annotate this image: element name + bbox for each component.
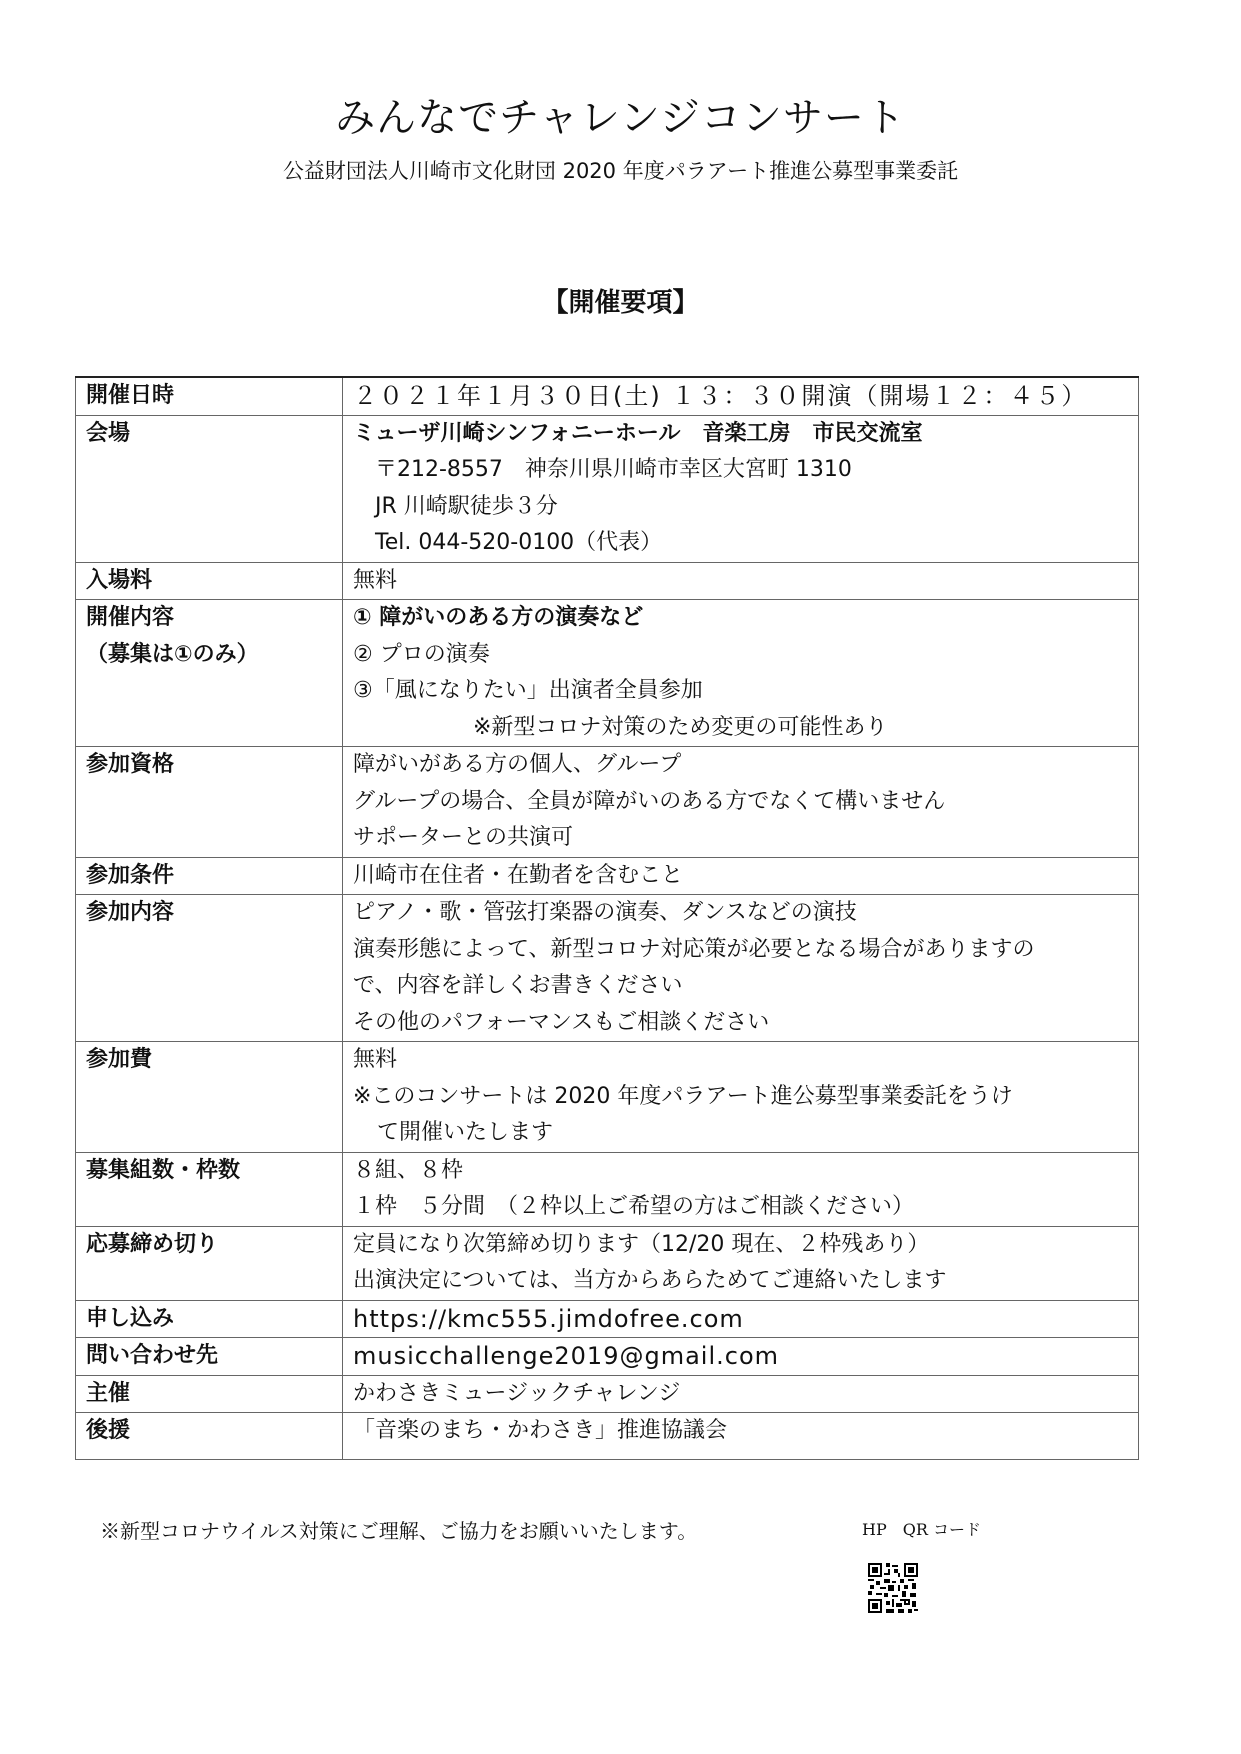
table-row: 入場料 無料 [76, 562, 1139, 600]
table-row: 主催 かわさきミュージックチャレンジ [76, 1375, 1139, 1413]
slots-line: １枠 ５分間 （２枠以上ご希望の方はご相談ください） [353, 1189, 1128, 1226]
row-value: 障がいがある方の個人、グループ グループの場合、全員が障がいのある方でなくて構い… [343, 747, 1139, 858]
qr-label: HP QR コード [862, 1517, 981, 1540]
deadline-line: 出演決定については、当方からあらためてご連絡いたします [353, 1263, 1128, 1300]
content-line: ピアノ・歌・管弦打楽器の演奏、ダンスなどの演技 [353, 895, 1128, 932]
row-label: 募集組数・枠数 [76, 1152, 343, 1226]
row-value: ① 障がいのある方の演奏など ② プロの演奏 ③「風になりたい」出演者全員参加 … [343, 600, 1139, 747]
table-row: 開催内容 （募集は①のみ） ① 障がいのある方の演奏など ② プロの演奏 ③「風… [76, 600, 1139, 747]
row-value: 定員になり次第締め切ります（12/20 現在、２枠残あり） 出演決定については、… [343, 1226, 1139, 1300]
content-line: 演奏形態によって、新型コロナ対応策が必要となる場合がありますの [353, 932, 1128, 969]
row-value: ２０２１年１月３０日(土) １３：３０開演（開場１２：４５） [343, 377, 1139, 415]
row-value: かわさきミュージックチャレンジ [343, 1375, 1139, 1413]
table-row: 後援 「音楽のまち・かわさき」推進協議会 [76, 1413, 1139, 1460]
admission-fee: 無料 [353, 563, 1128, 600]
row-label: 開催日時 [76, 377, 343, 415]
row-label: 入場料 [76, 562, 343, 600]
content-line: で、内容を詳しくお書きください [353, 968, 1128, 1005]
fee-line: ※このコンサートは 2020 年度パラアート進公募型事業委託をうけ [353, 1079, 1128, 1116]
eligibility-line: 障がいがある方の個人、グループ [353, 747, 1128, 784]
deadline-line: 定員になり次第締め切ります（12/20 現在、２枠残あり） [353, 1227, 1128, 1264]
application-url-link[interactable]: https://kmc555.jimdofree.com [353, 1301, 1128, 1338]
row-label: 問い合わせ先 [76, 1338, 343, 1376]
organizer: かわさきミュージックチャレンジ [353, 1376, 1128, 1413]
row-value: ８組、８枠 １枠 ５分間 （２枠以上ご希望の方はご相談ください） [343, 1152, 1139, 1226]
event-details-table: 開催日時 ２０２１年１月３０日(土) １３：３０開演（開場１２：４５） 会場 ミ… [75, 376, 1139, 1460]
row-value: 川崎市在住者・在勤者を含むこと [343, 857, 1139, 895]
page-subtitle: 公益財団法人川崎市文化財団 2020 年度パラアート推進公募型事業委託 [0, 155, 1241, 185]
venue-address: 〒212-8557 神奈川県川崎市幸区大宮町 1310 [353, 452, 1128, 489]
event-datetime: ２０２１年１月３０日(土) １３：３０開演（開場１２：４５） [353, 378, 1128, 415]
table-row: 参加資格 障がいがある方の個人、グループ グループの場合、全員が障がいのある方で… [76, 747, 1139, 858]
row-value: ミューザ川崎シンフォニーホール 音楽工房 市民交流室 〒212-8557 神奈川… [343, 415, 1139, 562]
venue-phone: Tel. 044-520-0100（代表） [353, 525, 1128, 562]
table-row: 会場 ミューザ川崎シンフォニーホール 音楽工房 市民交流室 〒212-8557 … [76, 415, 1139, 562]
fee-line: て開催いたします [353, 1115, 1128, 1152]
row-label-main: 開催内容 [86, 600, 332, 637]
section-title: 【開催要項】 [0, 282, 1241, 319]
row-label-sub: （募集は①のみ） [86, 637, 332, 674]
table-row: 応募締め切り 定員になり次第締め切ります（12/20 現在、２枠残あり） 出演決… [76, 1226, 1139, 1300]
content-line: その他のパフォーマンスもご相談ください [353, 1005, 1128, 1042]
row-value: 「音楽のまち・かわさき」推進協議会 [343, 1413, 1139, 1460]
table-row: 参加内容 ピアノ・歌・管弦打楽器の演奏、ダンスなどの演技 演奏形態によって、新型… [76, 895, 1139, 1042]
row-label: 参加資格 [76, 747, 343, 858]
table-row: 開催日時 ２０２１年１月３０日(土) １３：３０開演（開場１２：４５） [76, 377, 1139, 415]
sponsor: 「音楽のまち・かわさき」推進協議会 [353, 1413, 1128, 1450]
row-label: 後援 [76, 1413, 343, 1460]
row-label: 開催内容 （募集は①のみ） [76, 600, 343, 747]
row-label: 参加費 [76, 1042, 343, 1153]
condition-line: 川崎市在住者・在勤者を含むこと [353, 858, 1128, 895]
program-item-1: ① 障がいのある方の演奏など [353, 600, 1128, 637]
row-value: 無料 [343, 562, 1139, 600]
row-value: 無料 ※このコンサートは 2020 年度パラアート進公募型事業委託をうけ て開催… [343, 1042, 1139, 1153]
eligibility-line: サポーターとの共演可 [353, 820, 1128, 857]
row-label: 参加条件 [76, 857, 343, 895]
footer-note: ※新型コロナウイルス対策にご理解、ご協力をお願いいたします。 [100, 1515, 697, 1544]
program-note: ※新型コロナ対策のため変更の可能性あり [353, 710, 1128, 747]
row-label: 会場 [76, 415, 343, 562]
program-item-2: ② プロの演奏 [353, 637, 1128, 674]
slots-line: ８組、８枠 [353, 1153, 1128, 1190]
fee-line: 無料 [353, 1042, 1128, 1079]
row-label: 主催 [76, 1375, 343, 1413]
row-label: 参加内容 [76, 895, 343, 1042]
table-row: 参加費 無料 ※このコンサートは 2020 年度パラアート進公募型事業委託をうけ… [76, 1042, 1139, 1153]
venue-name: ミューザ川崎シンフォニーホール 音楽工房 市民交流室 [353, 416, 1128, 453]
program-item-3: ③「風になりたい」出演者全員参加 [353, 673, 1128, 710]
row-value: musicchallenge2019@gmail.com [343, 1338, 1139, 1376]
row-value: ピアノ・歌・管弦打楽器の演奏、ダンスなどの演技 演奏形態によって、新型コロナ対応… [343, 895, 1139, 1042]
eligibility-line: グループの場合、全員が障がいのある方でなくて構いません [353, 784, 1128, 821]
table-row: 参加条件 川崎市在住者・在勤者を含むこと [76, 857, 1139, 895]
table-row: 問い合わせ先 musicchallenge2019@gmail.com [76, 1338, 1139, 1376]
row-label: 申し込み [76, 1300, 343, 1338]
qr-code-icon[interactable] [868, 1563, 918, 1613]
contact-email-link[interactable]: musicchallenge2019@gmail.com [353, 1338, 1128, 1375]
table-row: 申し込み https://kmc555.jimdofree.com [76, 1300, 1139, 1338]
page-title: みんなでチャレンジコンサート [0, 86, 1241, 143]
table-row: 募集組数・枠数 ８組、８枠 １枠 ５分間 （２枠以上ご希望の方はご相談ください） [76, 1152, 1139, 1226]
venue-access: JR 川崎駅徒歩３分 [353, 489, 1128, 526]
row-value: https://kmc555.jimdofree.com [343, 1300, 1139, 1338]
row-label: 応募締め切り [76, 1226, 343, 1300]
